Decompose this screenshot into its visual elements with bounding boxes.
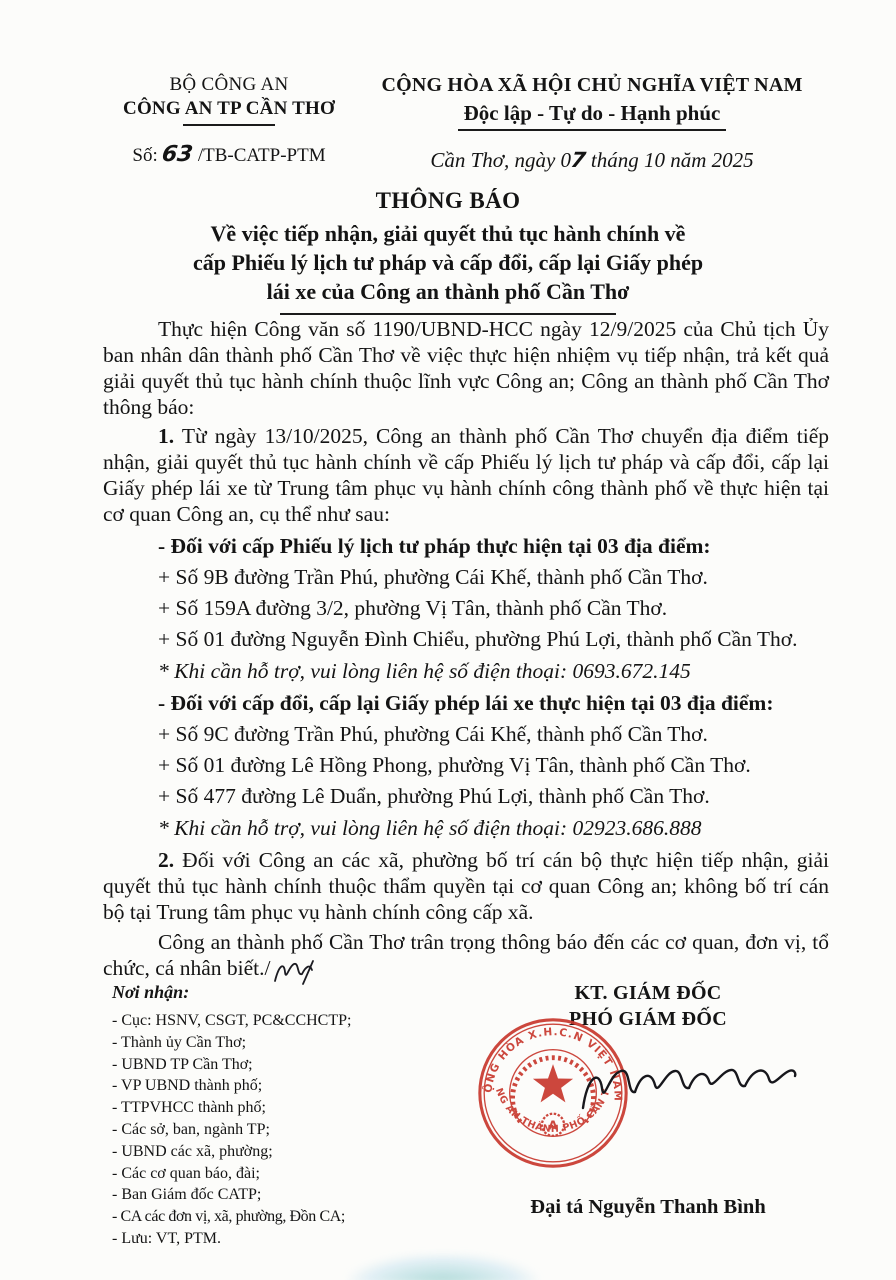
document-number: Số: 63 /TB-CATP-PTM <box>100 142 358 167</box>
section-2-address-2: + Số 01 đường Lê Hồng Phong, phường Vị T… <box>158 752 829 778</box>
section-1-heading: - Đối với cấp Phiếu lý lịch tư pháp thực… <box>158 533 829 559</box>
item-2-text: Đối với Công an các xã, phường bố trí cá… <box>103 848 829 924</box>
section-1-hotline-note: * Khi cần hỗ trợ, vui lòng liên hệ số đi… <box>158 658 829 684</box>
recipient-item: - UBND các xã, phường; <box>112 1141 452 1163</box>
issuing-agency-block: BỘ CÔNG AN CÔNG AN TP CẦN THƠ Số: 63 /TB… <box>100 74 358 173</box>
seal-center-letter: A <box>548 1118 558 1133</box>
national-title: CỘNG HÒA XÃ HỘI CHỦ NGHĨA VIỆT NAM <box>358 74 826 97</box>
dateline-post: tháng 10 năm 2025 <box>586 148 754 172</box>
section-1-address-1: + Số 9B đường Trần Phú, phường Cái Khế, … <box>158 564 829 590</box>
recipient-item: - TTPVHCC thành phố; <box>112 1097 452 1119</box>
org-name: CÔNG AN TP CẦN THƠ <box>100 98 358 120</box>
subject-line-2: cấp Phiếu lý lịch tư pháp và cấp đổi, cấ… <box>0 248 896 277</box>
recipients-block: Nơi nhận: - Cục: HSNV, CSGT, PC&CCHCTP; … <box>112 982 452 1250</box>
closing-text: Công an thành phố Cần Thơ trân trọng thô… <box>103 930 829 980</box>
title-block: THÔNG BÁO Về việc tiếp nhận, giải quyết … <box>0 188 896 315</box>
recipients-label: Nơi nhận: <box>112 982 452 1003</box>
org-underline <box>183 124 275 126</box>
title-underline <box>280 313 616 315</box>
scan-artifact <box>348 1254 538 1280</box>
recipient-item: - Ban Giám đốc CATP; <box>112 1184 452 1206</box>
item-1-number: 1. <box>158 424 174 448</box>
recipient-item: - Lưu: VT, PTM. <box>112 1228 452 1250</box>
recipient-item: - Thành ủy Cần Thơ; <box>112 1032 452 1054</box>
signature-ink <box>575 1058 805 1120</box>
doc-no-suffix: /TB-CATP-PTM <box>198 145 326 166</box>
section-2-hotline-note: * Khi cần hỗ trợ, vui lòng liên hệ số đi… <box>158 815 829 841</box>
recipient-item: - VP UBND thành phố; <box>112 1075 452 1097</box>
document-header: BỘ CÔNG AN CÔNG AN TP CẦN THƠ Số: 63 /TB… <box>100 74 826 173</box>
recipient-item: - UBND TP Cần Thơ; <box>112 1054 452 1076</box>
dateline: Cần Thơ, ngày 07 tháng 10 năm 2025 <box>358 148 826 173</box>
signer-name: Đại tá Nguyễn Thanh Bình <box>430 1196 866 1219</box>
dateline-handwritten-day: 7 <box>569 148 587 172</box>
section-2-heading: - Đối với cấp đổi, cấp lại Giấy phép lái… <box>158 690 829 716</box>
section-1-address-2: + Số 159A đường 3/2, phường Vị Tân, thàn… <box>158 595 829 621</box>
signature-block: KT. GIÁM ĐỐC PHÓ GIÁM ĐỐC CỘNG HÒA X.H.C… <box>430 980 866 1032</box>
item-1-paragraph: 1. Từ ngày 13/10/2025, Công an thành phố… <box>103 423 829 527</box>
closing-paragraph: Công an thành phố Cần Thơ trân trọng thô… <box>103 929 829 987</box>
recipient-item: - Cục: HSNV, CSGT, PC&CCHCTP; <box>112 1010 452 1032</box>
document-page: BỘ CÔNG AN CÔNG AN TP CẦN THƠ Số: 63 /TB… <box>0 0 896 1280</box>
document-footer: Nơi nhận: - Cục: HSNV, CSGT, PC&CCHCTP; … <box>0 980 896 1280</box>
recipient-item: - Các cơ quan báo, đài; <box>112 1163 452 1185</box>
item-2-number: 2. <box>158 848 174 872</box>
signer-title-1: KT. GIÁM ĐỐC <box>430 980 866 1006</box>
intro-paragraph: Thực hiện Công văn số 1190/UBND-HCC ngày… <box>103 316 829 420</box>
dateline-pre: Cần Thơ, ngày 0 <box>430 148 571 172</box>
parent-org: BỘ CÔNG AN <box>100 74 358 96</box>
national-header-block: CỘNG HÒA XÃ HỘI CHỦ NGHĨA VIỆT NAM Độc l… <box>358 74 826 173</box>
doc-no-label: Số: <box>132 145 157 166</box>
recipient-item: - CA các đơn vị, xã, phường, Đồn CA; <box>112 1206 452 1228</box>
subject-line-3: lái xe của Công an thành phố Cần Thơ <box>0 277 896 306</box>
section-2-address-3: + Số 477 đường Lê Duẩn, phường Phú Lợi, … <box>158 783 829 809</box>
doc-no-handwritten: 63 <box>161 142 195 167</box>
section-2-address-1: + Số 9C đường Trần Phú, phường Cái Khế, … <box>158 721 829 747</box>
recipient-item: - Các sở, ban, ngành TP; <box>112 1119 452 1141</box>
section-1-address-3: + Số 01 đường Nguyễn Đình Chiểu, phường … <box>158 626 829 652</box>
item-2-paragraph: 2. Đối với Công an các xã, phường bố trí… <box>103 847 829 925</box>
seal-star <box>533 1064 573 1102</box>
document-type: THÔNG BÁO <box>0 188 896 214</box>
subject-line-1: Về việc tiếp nhận, giải quyết thủ tục hà… <box>0 219 896 248</box>
document-body: Thực hiện Công văn số 1190/UBND-HCC ngày… <box>103 316 829 1009</box>
national-motto: Độc lập - Tự do - Hạnh phúc <box>458 100 727 131</box>
item-1-text: Từ ngày 13/10/2025, Công an thành phố Cầ… <box>103 424 829 526</box>
